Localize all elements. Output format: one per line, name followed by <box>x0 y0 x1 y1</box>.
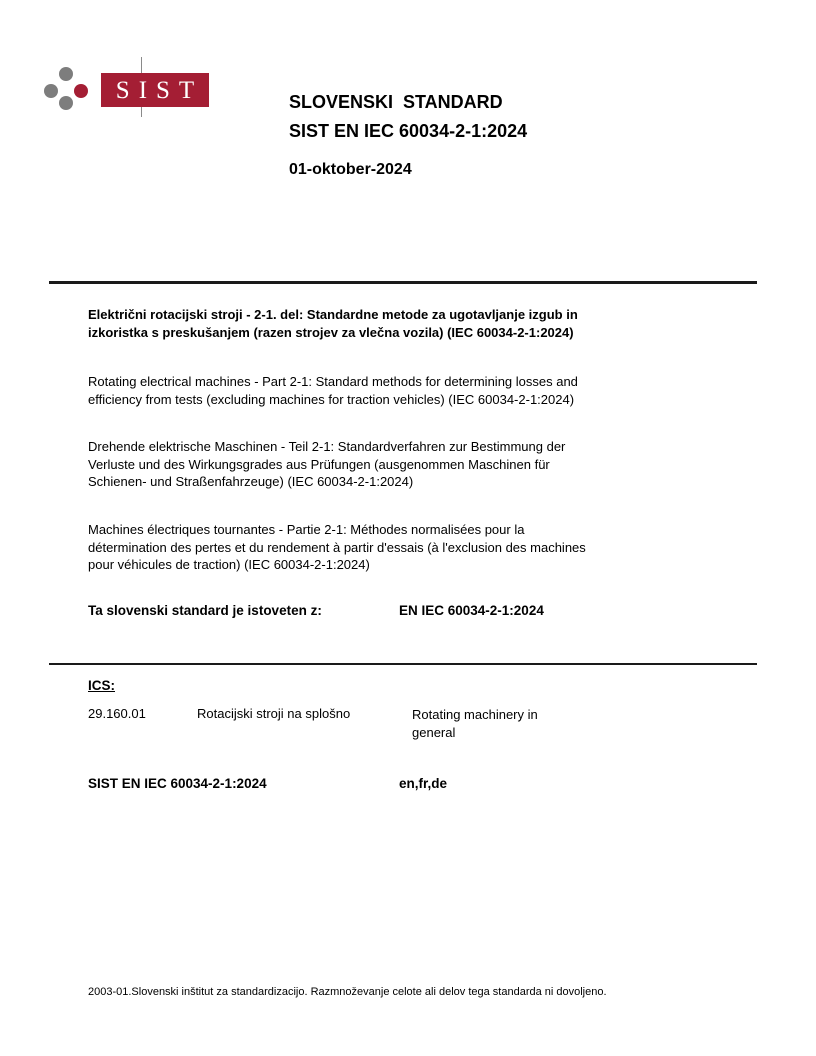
document-type-heading: SLOVENSKI STANDARD <box>289 92 503 113</box>
title-french: Machines électriques tournantes - Partie… <box>88 521 738 574</box>
doc-id-number: SIST EN IEC 60034-2-1:2024 <box>88 776 267 791</box>
title-slovenian: Električni rotacijski stroji - 2-1. del:… <box>88 306 738 341</box>
logo-wordmark: SIST <box>107 78 203 103</box>
ics-title-en: Rotating machinery in general <box>412 706 538 741</box>
title-german: Drehende elektrische Maschinen - Teil 2-… <box>88 438 738 491</box>
logo-dot-left-icon <box>44 84 58 98</box>
doc-languages: en,fr,de <box>399 776 447 791</box>
ics-heading: ICS: <box>88 678 115 693</box>
logo-dot-red-icon <box>74 84 88 98</box>
logo-dot-top-icon <box>59 67 73 81</box>
ics-title-sl: Rotacijski stroji na splošno <box>197 706 350 721</box>
ics-code: 29.160.01 <box>88 706 146 721</box>
copyright-footer: 2003-01.Slovenski inštitut za standardiz… <box>88 986 607 998</box>
publication-date: 01-oktober-2024 <box>289 161 412 179</box>
equivalence-label: Ta slovenski standard je istoveten z: <box>88 603 322 618</box>
horizontal-rule-bottom <box>49 663 757 665</box>
standard-cover-page: SIST SLOVENSKI STANDARD SIST EN IEC 6003… <box>0 0 816 1056</box>
sist-logo: SIST <box>0 0 260 140</box>
horizontal-rule-top <box>49 281 757 284</box>
title-english: Rotating electrical machines - Part 2-1:… <box>88 373 738 408</box>
logo-wordmark-box: SIST <box>101 73 209 107</box>
logo-dot-bottom-icon <box>59 96 73 110</box>
document-number-heading: SIST EN IEC 60034-2-1:2024 <box>289 121 527 142</box>
equivalence-value: EN IEC 60034-2-1:2024 <box>399 603 544 618</box>
